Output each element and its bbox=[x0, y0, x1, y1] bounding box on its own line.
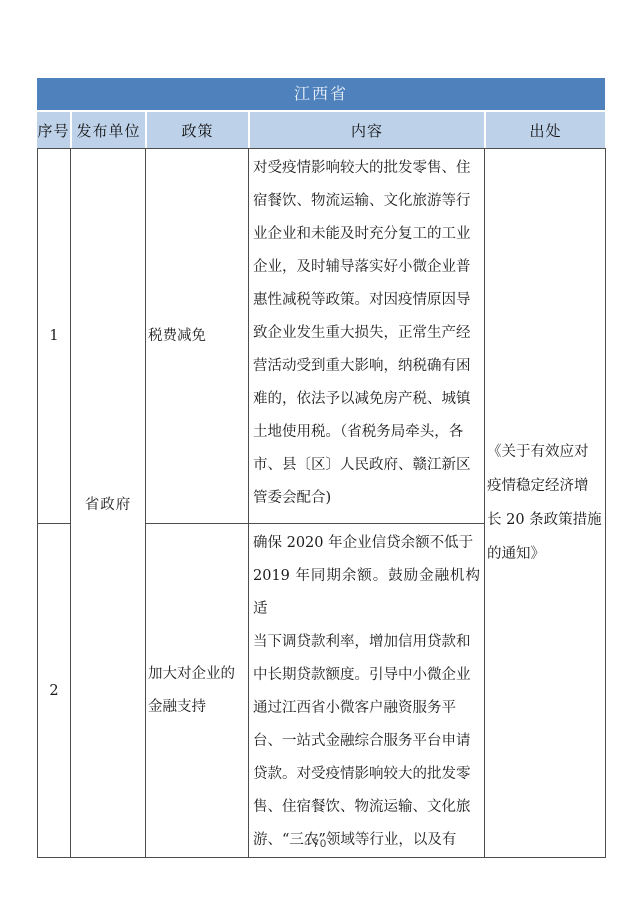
row2-policy-cell: 加大对企业的 金融支持 bbox=[146, 524, 249, 858]
table-title-bar: 江西省 bbox=[37, 78, 605, 110]
column-header-content: 内容 bbox=[248, 112, 484, 148]
column-header-unit: 发布单位 bbox=[70, 112, 145, 148]
row1-number-cell: 1 bbox=[38, 149, 71, 524]
policy-table: 江西省 序号 发布单位 政策 内容 出处 1 省政府 税费减免 对受疫情影响 bbox=[37, 78, 605, 858]
column-header-policy: 政策 bbox=[145, 112, 248, 148]
issuing-unit-cell: 省政府 bbox=[71, 149, 146, 858]
table-body: 1 省政府 税费减免 对受疫情影响较大的批发零售、住 宿餐饮、物流运输、文化旅游… bbox=[37, 148, 606, 858]
table-header-row: 序号 发布单位 政策 内容 出处 bbox=[37, 112, 605, 148]
row2-content-cell: 确保 2020 年企业信贷余额不低于 2019 年同期余额。鼓励金融机构适 当下… bbox=[249, 524, 485, 858]
page-number: - 70 - bbox=[0, 838, 640, 850]
table-row: 1 省政府 税费减免 对受疫情影响较大的批发零售、住 宿餐饮、物流运输、文化旅游… bbox=[38, 149, 606, 524]
column-header-source: 出处 bbox=[484, 112, 605, 148]
row1-content-cell: 对受疫情影响较大的批发零售、住 宿餐饮、物流运输、文化旅游等行 业企业和未能及时… bbox=[249, 149, 485, 524]
source-cell: 《关于有效应对 疫情稳定经济增 长 20 条政策措施 的通知》 bbox=[485, 149, 606, 858]
row1-policy-cell: 税费减免 bbox=[146, 149, 249, 524]
column-header-no: 序号 bbox=[37, 112, 70, 148]
document-page: 江西省 序号 发布单位 政策 内容 出处 1 省政府 税费减免 对受疫情影响 bbox=[0, 0, 640, 906]
row2-number-cell: 2 bbox=[38, 524, 71, 858]
